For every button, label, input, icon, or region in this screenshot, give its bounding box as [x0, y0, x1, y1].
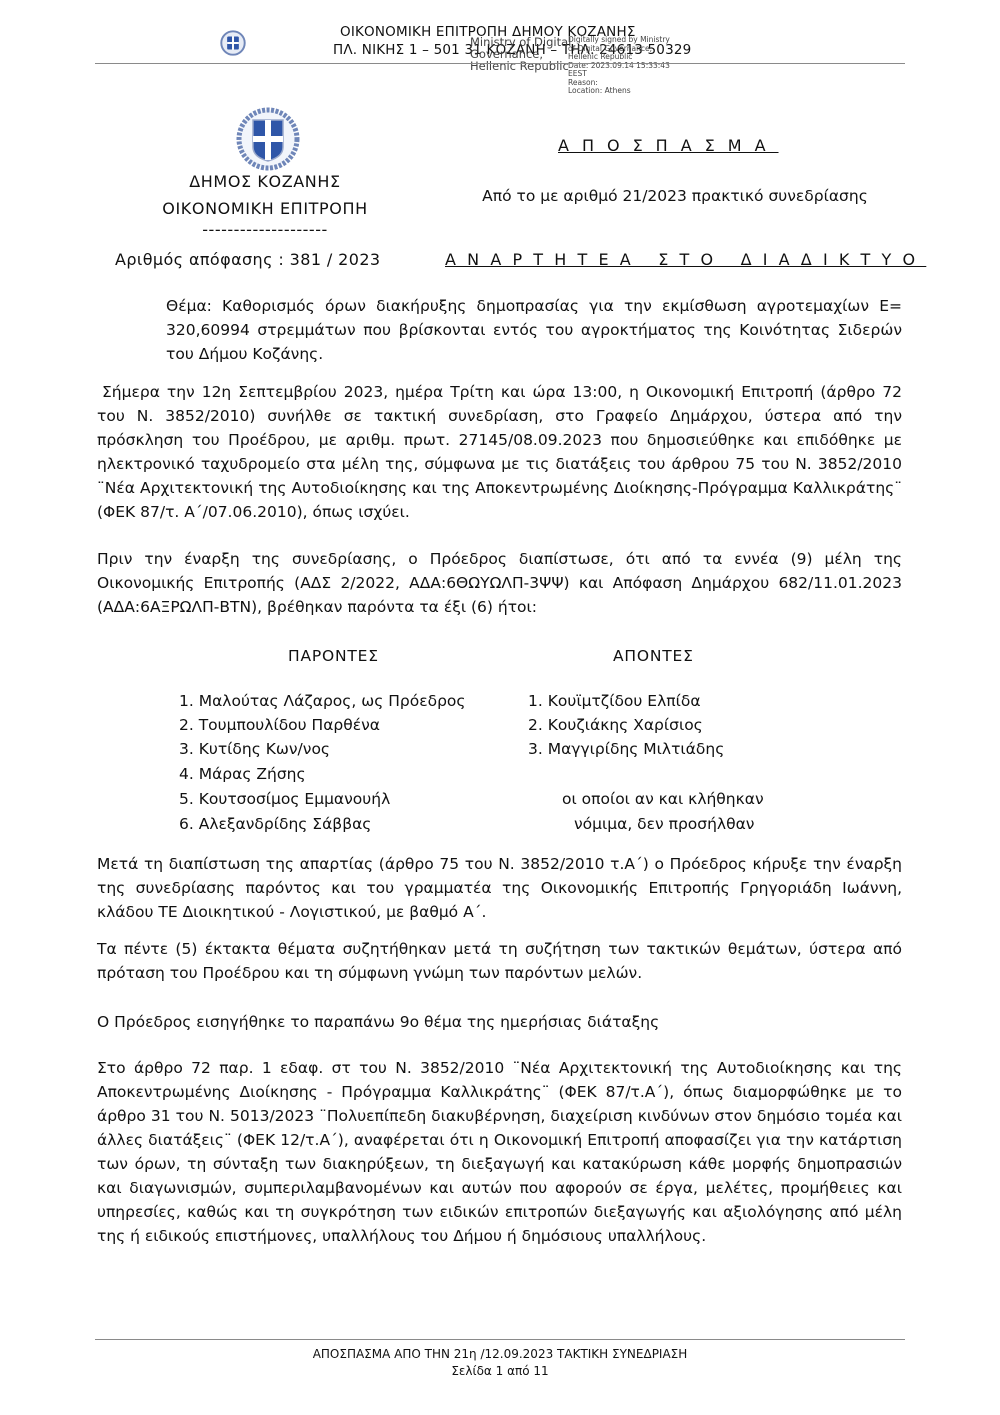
absent-note: νόμιμα, δεν προσήλθαν [574, 812, 754, 836]
committee-name: ΟΙΚΟΝΟΜΙΚΗ ΕΠΙΤΡΟΠΗ [120, 199, 410, 218]
absent-member: 1. Κουϊμτζίδου Ελπίδα [528, 689, 701, 713]
document-subtitle: Από το με αριθμό 21/2023 πρακτικό συνεδρ… [445, 187, 905, 205]
signature-details: Digitally signed by Ministry of Digital … [568, 36, 670, 96]
absent-heading: ΑΠΟΝΤΕΣ [613, 647, 694, 665]
footer-rule [95, 1339, 905, 1340]
legal-basis-paragraph: Στο άρθρο 72 παρ. 1 εδαφ. στ του Ν. 3852… [97, 1056, 902, 1248]
coat-of-arms-icon [220, 30, 246, 56]
publish-note: ΑΝΑΡΤΗΤΕΑ ΣΤΟ ΔΙΑΔΙΚΤΥΟ [445, 250, 926, 269]
absent-note: οι οποίοι αν και κλήθηκαν [562, 787, 764, 811]
subject-paragraph: Θέμα: Καθορισμός όρων διακήρυξης δημοπρα… [166, 294, 902, 366]
extra-items-paragraph: Τα πέντε (5) έκτακτα θέματα συζητήθηκαν … [97, 937, 902, 985]
present-member: 2. Τουμπουλίδου Παρθένα [179, 713, 380, 737]
proposal-paragraph: Ο Πρόεδρος εισηγήθηκε το παραπάνω 9ο θέμ… [97, 1010, 902, 1034]
present-member: 4. Μάρας Ζήσης [179, 762, 306, 786]
present-member: 5. Κουτσοσίμος Εμμανουήλ [179, 787, 390, 811]
header-rule [95, 63, 905, 64]
sig-detail: Location: Athens [568, 87, 670, 96]
coat-of-arms-icon [236, 107, 300, 171]
page-number: Σελίδα 1 από 11 [0, 1364, 1000, 1378]
document-title: ΑΠΟΣΠΑΣΜΑ [558, 136, 779, 155]
quorum-intro-paragraph: Πριν την έναρξη της συνεδρίασης, ο Πρόεδ… [97, 547, 902, 619]
present-member: 6. Αλεξανδρίδης Σάββας [179, 812, 371, 836]
issuer-separator: -------------------- [120, 220, 410, 239]
meeting-paragraph: Σήμερα την 12η Σεπτεμβρίου 2023, ημέρα Τ… [97, 380, 902, 524]
present-member: 3. Κυτίδης Κων/νος [179, 737, 330, 761]
footer-title: ΑΠΟΣΠΑΣΜΑ ΑΠΟ ΤΗΝ 21η /12.09.2023 ΤΑΚΤΙΚ… [0, 1347, 1000, 1361]
decision-number: Αριθμός απόφασης : 381 / 2023 [115, 250, 380, 269]
municipality-name: ΔΗΜΟΣ ΚΟΖΑΝΗΣ [120, 172, 410, 191]
signer-line-3: Hellenic Republic [470, 60, 571, 72]
present-member: 1. Μαλούτας Λάζαρος, ως Πρόεδρος [179, 689, 466, 713]
quorum-paragraph: Μετά τη διαπίστωση της απαρτίας (άρθρο 7… [97, 852, 902, 924]
absent-member: 3. Μαγγιρίδης Μιλτιάδης [528, 737, 724, 761]
signature-signer: Ministry of Digital Governance, Hellenic… [470, 36, 571, 72]
absent-member: 2. Κουζιάκης Χαρίσιος [528, 713, 703, 737]
present-heading: ΠΑΡΟΝΤΕΣ [288, 647, 379, 665]
